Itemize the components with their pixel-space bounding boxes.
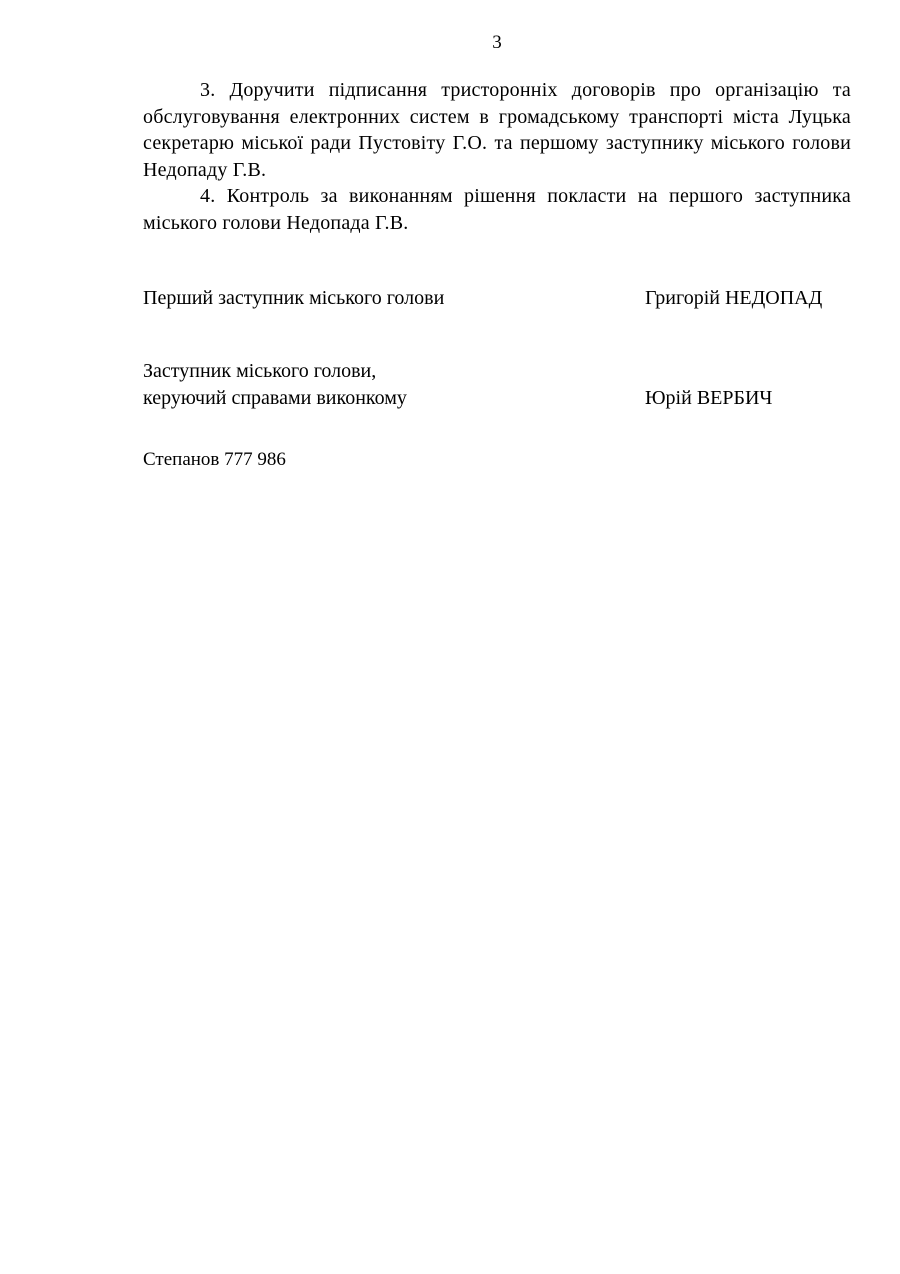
signature-name-deputy-executive: Юрій ВЕРБИЧ <box>645 385 772 412</box>
signature-row-deputy-executive: Заступник міського голови, керуючий спра… <box>143 358 851 412</box>
paragraph-item-3: 3. Доручити підписання тристоронніх дого… <box>143 77 851 183</box>
signature-title-line: керуючий справами виконкому <box>143 385 645 412</box>
document-body: 3. Доручити підписання тристоронніх дого… <box>143 77 851 237</box>
signature-title-line: Заступник міського голови, <box>143 358 645 385</box>
paragraph-item-4: 4. Контроль за виконанням рішення поклас… <box>143 183 851 236</box>
signature-title-first-deputy: Перший заступник міського голови <box>143 285 645 312</box>
signature-title-deputy-executive: Заступник міського голови, керуючий спра… <box>143 358 645 412</box>
signature-block: Перший заступник міського голови Григорі… <box>143 285 851 412</box>
signature-name-first-deputy: Григорій НЕДОПАД <box>645 285 822 312</box>
executor-contact: Степанов 777 986 <box>143 448 851 472</box>
document-page: 3 3. Доручити підписання тристоронніх до… <box>0 0 900 1274</box>
page-number: 3 <box>143 33 851 53</box>
signature-row-first-deputy: Перший заступник міського голови Григорі… <box>143 285 851 312</box>
signature-title-line: Перший заступник міського голови <box>143 285 645 312</box>
